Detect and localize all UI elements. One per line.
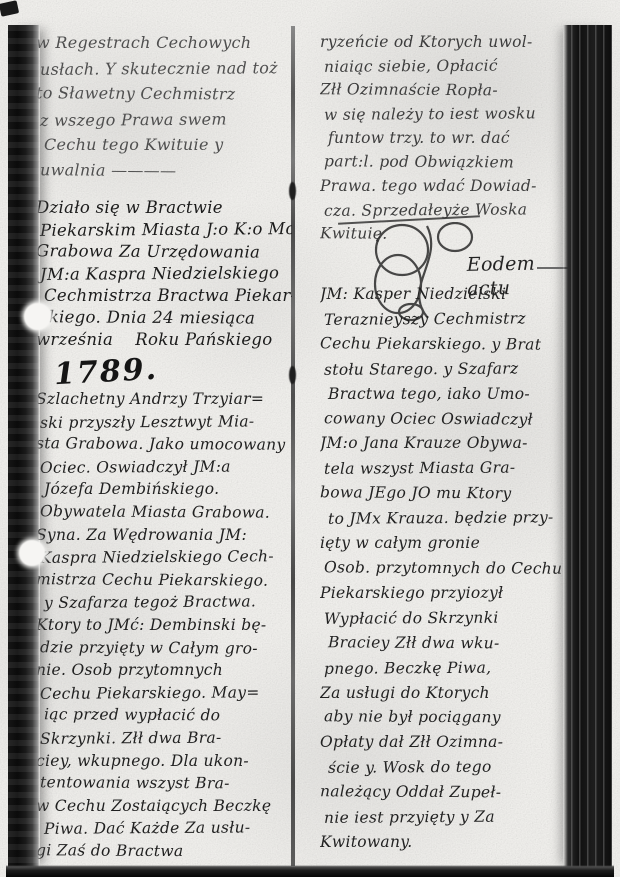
manuscript-line: cowany Ociec Oswiadczył	[324, 406, 564, 432]
manuscript-line: gi Zaś do Bractwa	[36, 839, 292, 863]
manuscript-line: niaiąc siebie, Opłacić	[324, 53, 564, 79]
manuscript-line: Bractwa tego, iako Umo-	[328, 382, 564, 407]
manuscript-line: skiego. Dnia 24 miesiąca	[40, 306, 292, 330]
manuscript-line: w Regestrach Cechowych	[36, 30, 292, 56]
manuscript-line: nie iest przyięty y Za	[324, 804, 564, 831]
entry-header-paragraph: Działo się w BractwiePiekarskim Miasta J…	[36, 197, 292, 351]
manuscript-line: usłach. Y skutecznie nad toż	[40, 55, 292, 82]
manuscript-line: Cechu tego Kwituie y	[44, 132, 292, 158]
manuscript-line: Piekarskim Miasta J:o K:o Mci	[40, 218, 292, 242]
manuscript-line: pnego. Beczkę Piwa,	[324, 655, 564, 682]
manuscript-line: Piekarskiego przyiozył	[320, 581, 564, 606]
manuscript-line: Kaspra Niedzielskiego Cech-	[40, 545, 292, 569]
right-binding-band	[563, 25, 612, 868]
manuscript-line: Wypłacić do Skrzynki	[324, 605, 564, 632]
manuscript-line: JM:o Jana Krauze Obywa-	[320, 431, 564, 456]
manuscript-line: Złł Ozimnaście Ropła-	[320, 77, 564, 102]
manuscript-line: ięty w całym gronie	[320, 531, 564, 556]
closing-paragraph: w Regestrach Cechowychusłach. Y skuteczn…	[36, 30, 292, 183]
manuscript-line: Ktory to JMć: Dembinski bę-	[36, 614, 292, 637]
manuscript-line: Cechmistrza Bractwa Piekar-	[44, 285, 292, 307]
manuscript-line: z wszego Prawa swem	[40, 106, 292, 133]
manuscript-line: tela wszyst Miasta Gra-	[324, 456, 564, 483]
manuscript-line: bowa JEgo JO mu Ktory	[320, 481, 564, 507]
manuscript-line: nie. Osob przytomnych	[36, 659, 292, 682]
manuscript-line: tentowania wszyst Bra-	[40, 771, 292, 795]
entry-body-paragraph: Szlachetny Andrzy Trzyiar=ski przyszły L…	[36, 388, 292, 862]
left-text-column: w Regestrach Cechowychusłach. Y skuteczn…	[36, 30, 292, 865]
punch-hole-top	[24, 303, 51, 330]
punch-hole-bottom	[19, 540, 45, 566]
manuscript-scan-page: w Regestrach Cechowychusłach. Y skuteczn…	[0, 0, 620, 877]
manuscript-line: Józefa Dembińskiego.	[44, 478, 292, 501]
manuscript-line: należący Oddał Zupeł-	[320, 779, 564, 805]
manuscript-line: to JMx Krauza. będzie przy-	[328, 505, 564, 532]
manuscript-line: to Sławetny Cechmistrz	[36, 80, 292, 107]
manuscript-line: sta Grabowa. Jako umocowany	[36, 432, 292, 456]
manuscript-line: Kwitowany.	[320, 830, 564, 855]
manuscript-line: w Cechu Zostaiących Beczkę	[36, 795, 292, 818]
manuscript-line: ski przyszły Lesztwyt Mia-	[40, 410, 292, 434]
manuscript-line: Za usługi do Ktorych	[320, 681, 564, 706]
manuscript-line: Szlachetny Andrzy Trzyiar=	[36, 388, 292, 411]
left-binding-bar	[8, 25, 40, 868]
manuscript-line: Grabowa Za Urzędowania	[36, 240, 292, 264]
manuscript-line: ście y. Wosk do tego	[328, 754, 564, 781]
bottom-scan-band	[6, 865, 614, 877]
year-1789: 1789.	[53, 346, 292, 392]
manuscript-line: Ociec. Oswiadczył JM:a	[40, 455, 292, 479]
flourish-swirl	[372, 222, 487, 322]
manuscript-line: Piwa. Dać Każde Za usłu-	[44, 816, 292, 840]
manuscript-line: Syna. Za Wędrowania JM:	[36, 524, 292, 547]
manuscript-line: Działo się w Bractwie	[36, 197, 292, 219]
manuscript-line: iąc przed wypłacić do	[44, 704, 292, 728]
manuscript-line: Skrzynki. Złł dwa Bra-	[40, 726, 292, 750]
right-text-column: ryzeńcie od Ktorych uwol-niaiąc siebie, …	[320, 30, 564, 865]
manuscript-line: ciey, wkupnego. Dla ukon-	[36, 750, 292, 773]
manuscript-line: dzie przyięty w Całym gro-	[40, 636, 292, 660]
manuscript-line: y Szafarza tegoż Bractwa.	[44, 590, 292, 614]
manuscript-line: Obywatela Miasta Grabowa.	[40, 500, 292, 524]
manuscript-line: aby nie był pociągany	[324, 705, 564, 731]
manuscript-line: uwalnia ————	[40, 157, 292, 184]
second-entry-paragraph: JM: Kasper NiedzielskiTeraznieyszy Cechm…	[320, 282, 564, 855]
manuscript-line: Cechu Piekarskiego. May=	[40, 681, 292, 705]
continuation-paragraph: ryzeńcie od Ktorych uwol-niaiąc siebie, …	[320, 30, 564, 246]
manuscript-line: Cechu Piekarskiego. y Brat	[320, 331, 564, 357]
manuscript-line: mistrza Cechu Piekarskiego.	[36, 568, 292, 592]
manuscript-line: stołu Starego. y Szafarz	[324, 356, 564, 383]
manuscript-line: JM:a Kaspra Niedzielskiego	[40, 262, 292, 286]
corner-scan-mark	[0, 0, 19, 16]
manuscript-line: Braciey Złł dwa wku-	[328, 630, 564, 656]
manuscript-line: Prawa. tego wdać Dowiad-	[320, 174, 564, 198]
manuscript-line: ryzeńcie od Ktorych uwol-	[320, 30, 564, 54]
manuscript-line: part:l. pod Obwiązkiem	[324, 149, 564, 174]
manuscript-line: funtow trzy. to wr. dać	[328, 126, 564, 150]
manuscript-line: Opłaty dał Złł Ozimna-	[320, 730, 564, 755]
manuscript-line: w się należy to iest wosku	[324, 101, 564, 127]
manuscript-line: Osob. przytomnych do Cechu	[324, 555, 564, 581]
